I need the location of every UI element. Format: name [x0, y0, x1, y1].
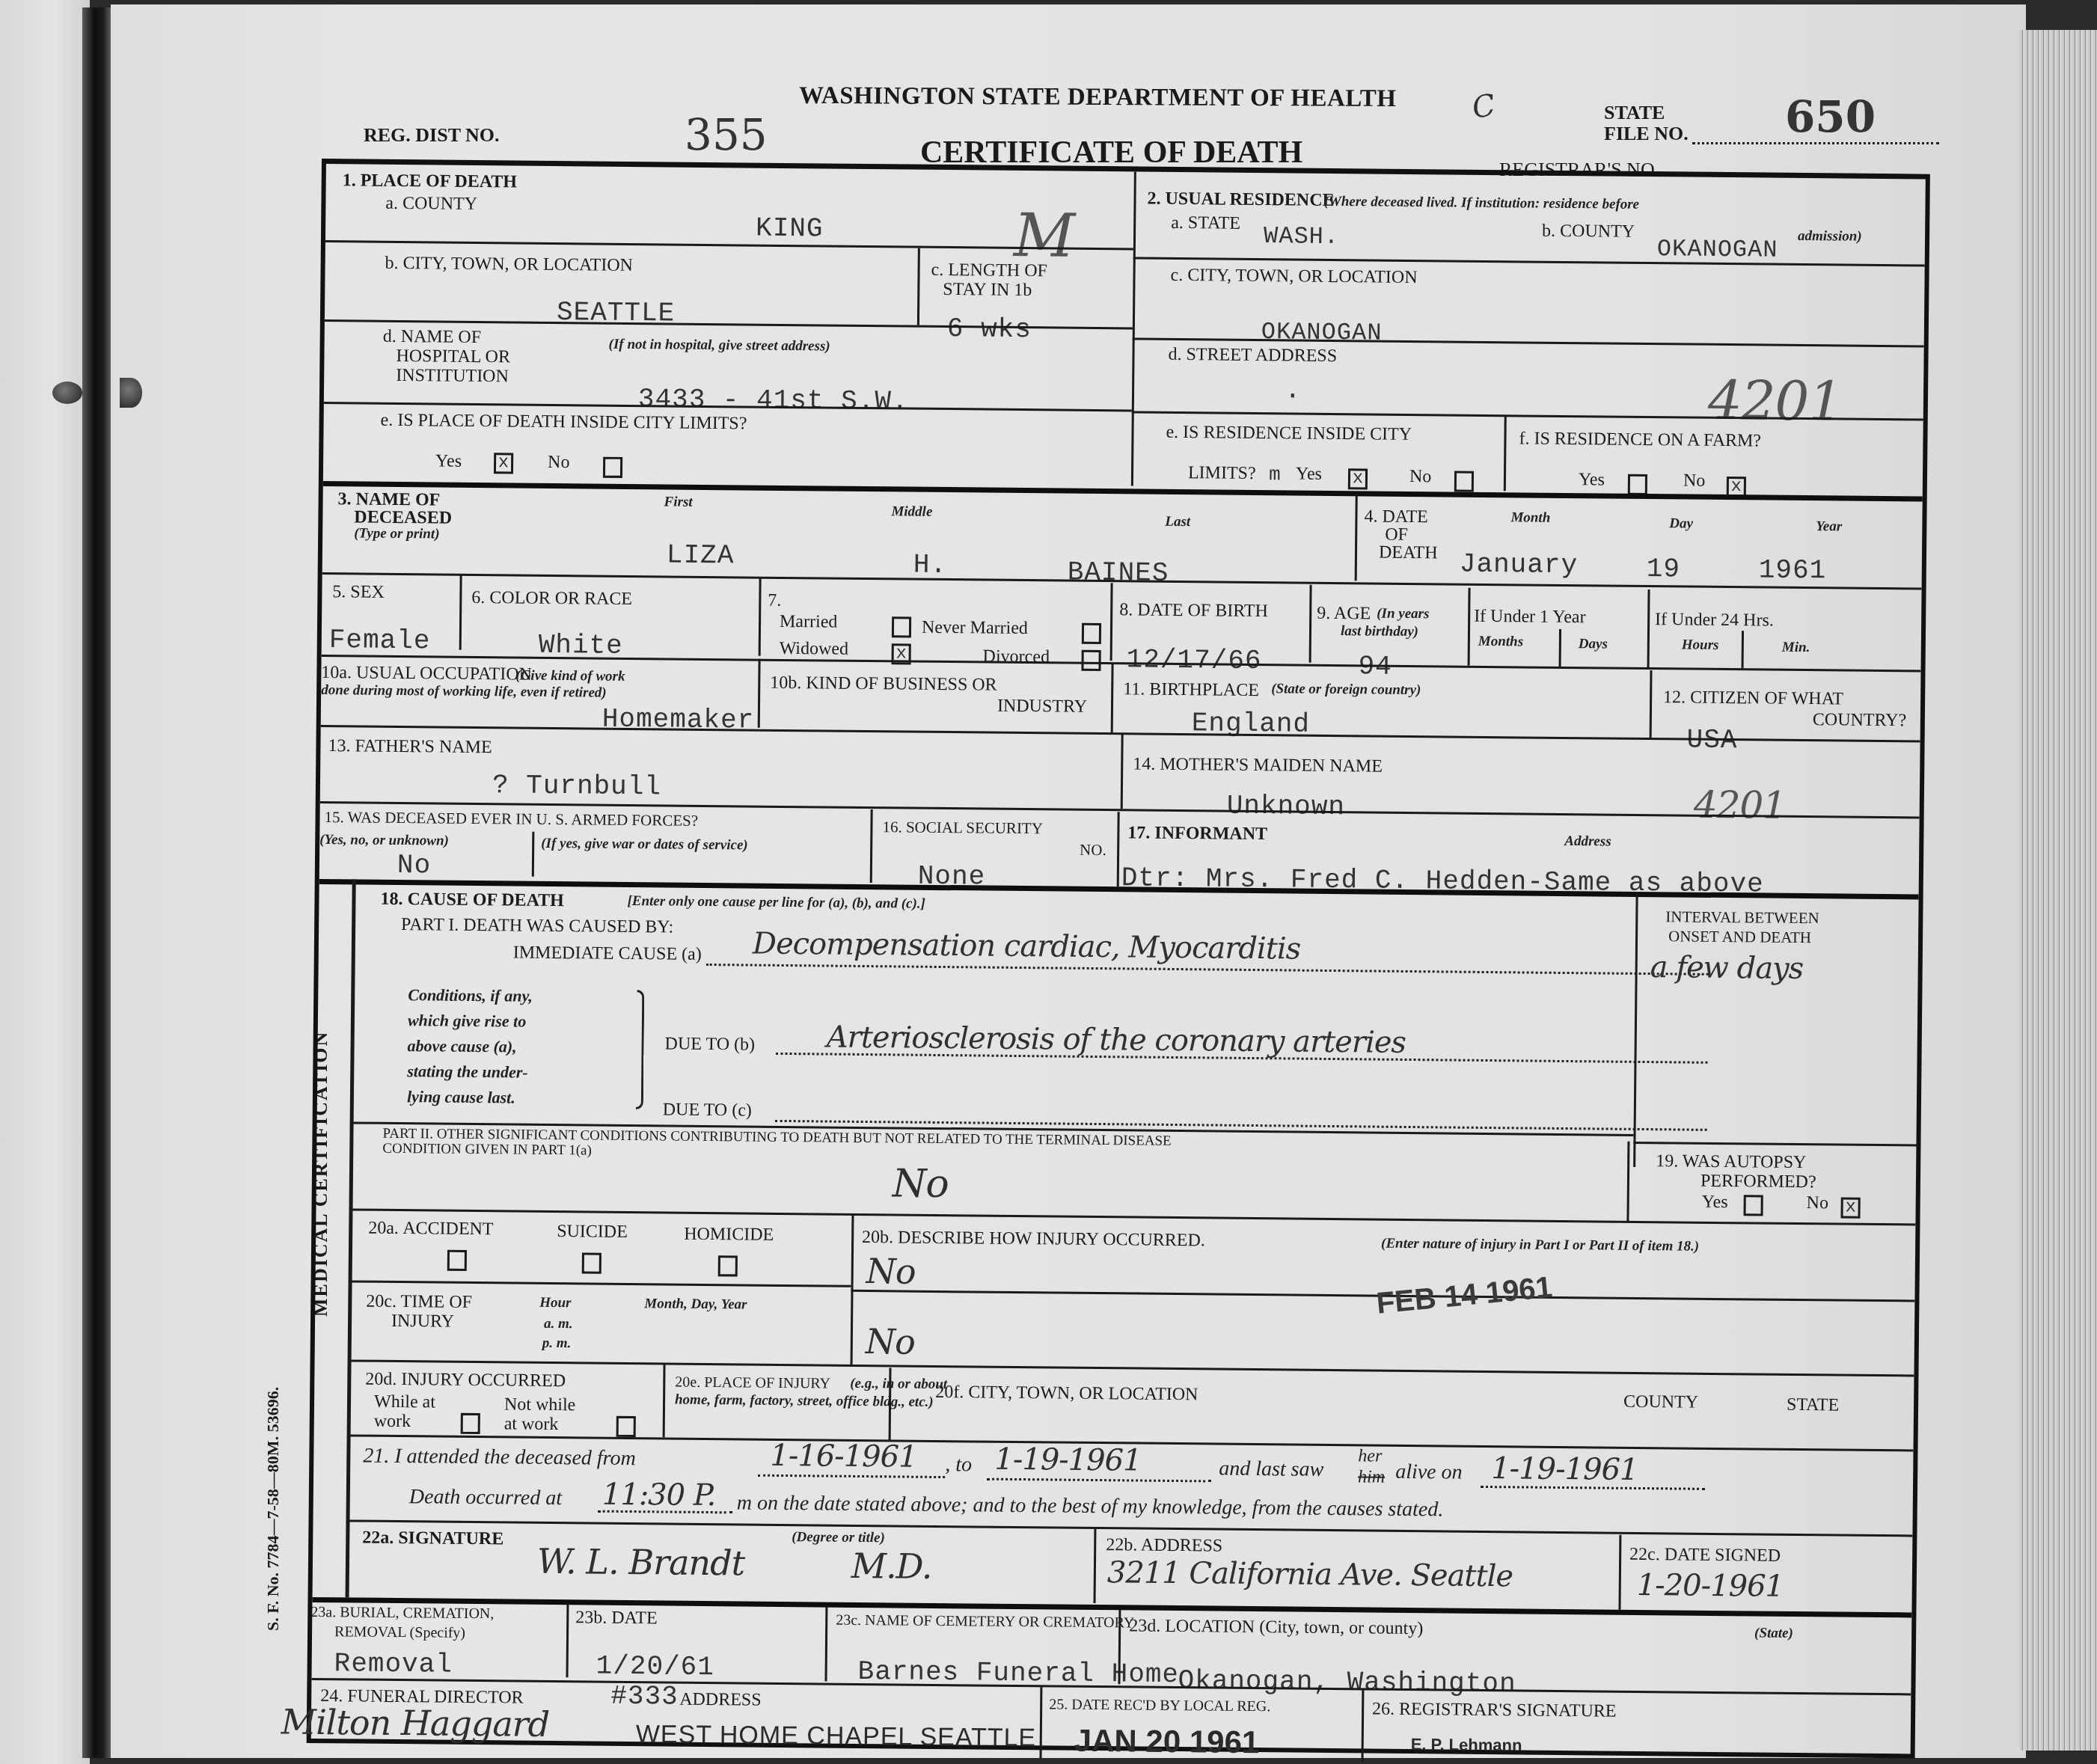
- registrar-signature-value[interactable]: E. P. Lehmann: [1411, 1735, 1522, 1755]
- date-of-death-label: 4. DATE: [1364, 507, 1428, 527]
- yes-label: Yes: [1296, 465, 1322, 485]
- year-label: Year: [1816, 519, 1842, 534]
- address-label: 22b. ADDRESS: [1106, 1536, 1222, 1556]
- farm-yes-checkbox[interactable]: [1628, 474, 1647, 495]
- occupation-label: 10a. USUAL OCCUPATION: [321, 664, 532, 685]
- divider: [532, 832, 535, 877]
- death-at-statement: m on the date stated above; and to the b…: [737, 1492, 1444, 1520]
- burial-label: 23a. BURIAL, CREMATION,: [310, 1605, 494, 1622]
- while-at-work-label-2: work: [374, 1412, 411, 1432]
- informant-label: 17. INFORMANT: [1127, 824, 1267, 844]
- married-checkbox[interactable]: [892, 616, 911, 637]
- page-edges: [2020, 30, 2097, 1751]
- res-state-label: a. STATE: [1171, 214, 1240, 233]
- while-at-work-checkbox[interactable]: [461, 1413, 480, 1434]
- due-to-b-value[interactable]: Arteriosclerosis of the coronary arterie…: [827, 1020, 1406, 1060]
- divider: [1559, 629, 1561, 667]
- department-title: WASHINGTON STATE DEPARTMENT OF HEALTH: [799, 82, 1397, 113]
- place-note-2: home, farm, factory, street, office bldg…: [675, 1393, 934, 1410]
- date-signed-value[interactable]: 1-20-1961: [1637, 1568, 1784, 1604]
- months-label: Months: [1478, 634, 1523, 650]
- divider: [870, 809, 873, 883]
- occupation-note-2: done during most of working life, even i…: [321, 683, 607, 701]
- accident-checkbox[interactable]: [447, 1250, 467, 1271]
- citizen-label-2: COUNTRY?: [1813, 711, 1907, 730]
- divider: [1468, 588, 1471, 666]
- first-name-value[interactable]: LIZA: [667, 539, 735, 571]
- suicide-label: SUICIDE: [557, 1222, 628, 1242]
- date-received-value[interactable]: JAN 20 1961: [1074, 1723, 1260, 1760]
- burial-date-value[interactable]: 1/20/61: [596, 1651, 714, 1683]
- autopsy-label-2: PERFORMED?: [1700, 1172, 1816, 1192]
- name-label: 3. NAME OF: [338, 490, 441, 509]
- occupation-note: (Give kind of work: [515, 669, 625, 685]
- conditions-note: lying cause last.: [407, 1088, 515, 1106]
- immediate-cause-label: IMMEDIATE CAUSE (a): [513, 944, 702, 965]
- res-street-value[interactable]: .: [1285, 375, 1302, 405]
- conditions-note: which give rise to: [408, 1011, 526, 1030]
- divider: [889, 1368, 892, 1441]
- under-1-year-label: If Under 1 Year: [1474, 607, 1586, 628]
- sex-value[interactable]: Female: [329, 625, 431, 656]
- father-label: 13. FATHER'S NAME: [328, 737, 492, 757]
- rule: [350, 1280, 851, 1287]
- city-label: b. CITY, TOWN, OR LOCATION: [385, 254, 634, 275]
- divider: [1361, 1689, 1364, 1761]
- mother-value[interactable]: Unknown: [1227, 791, 1346, 823]
- divider: [459, 575, 462, 650]
- hospital-label-3: INSTITUTION: [396, 367, 509, 387]
- divider: [824, 1607, 827, 1682]
- homicide-label: HOMICIDE: [684, 1225, 774, 1245]
- attended-label: 21. I attended the deceased from: [363, 1445, 636, 1470]
- rule: [1133, 257, 1925, 266]
- autopsy-label: 19. WAS AUTOPSY: [1656, 1152, 1806, 1172]
- cemetery-label: 23c. NAME OF CEMETERY OR CREMATORY: [836, 1613, 1134, 1632]
- him-label: him: [1358, 1468, 1385, 1487]
- business-label-2: INDUSTRY: [997, 697, 1087, 717]
- first-label: First: [664, 494, 693, 509]
- location-value[interactable]: Okanogan, Washington: [1178, 1665, 1516, 1699]
- rule: [325, 240, 1133, 250]
- alive-on-label: alive on: [1395, 1461, 1463, 1483]
- hospital-label: d. NAME OF: [383, 328, 482, 347]
- interval-value[interactable]: a few days: [1650, 950, 1803, 986]
- accident-label: ACCIDENT: [402, 1219, 494, 1239]
- reg-dist-number: 355: [685, 109, 768, 160]
- physician-signature[interactable]: W. L. Brandt: [537, 1541, 745, 1584]
- hospital-value[interactable]: 3433 - 41st S.W.: [638, 384, 909, 417]
- not-while-work-checkbox[interactable]: [616, 1416, 636, 1437]
- yes-label: Yes: [1702, 1193, 1728, 1213]
- due-to-b-label: DUE TO (b): [665, 1035, 756, 1054]
- death-county-value[interactable]: KING: [756, 213, 824, 245]
- funeral-address-label: ADDRESS: [679, 1691, 762, 1710]
- handwritten-number: 4201: [1708, 369, 1843, 433]
- name-note: (Type or print): [354, 526, 440, 542]
- res-city-value[interactable]: OKANOGAN: [1261, 318, 1383, 347]
- farm-label: f. IS RESIDENCE ON A FARM?: [1519, 429, 1761, 450]
- divider: [1650, 670, 1653, 739]
- divider: [1504, 416, 1507, 491]
- res-limits-label: LIMITS?: [1188, 464, 1256, 483]
- stay-value[interactable]: 6 wks: [947, 313, 1032, 345]
- divider: [566, 1602, 569, 1677]
- rule: [348, 1519, 1913, 1537]
- physician-degree[interactable]: M.D.: [851, 1546, 932, 1587]
- injury-city-label: 20f. CITY, TOWN, OR LOCATION: [935, 1383, 1198, 1405]
- divider: [1647, 589, 1650, 667]
- res-state-value[interactable]: WASH.: [1264, 222, 1339, 251]
- death-time-value[interactable]: 11:30 P.: [602, 1477, 716, 1513]
- received-stamp: FEB 14 1961: [1375, 1271, 1554, 1321]
- birthplace-note: (State or foreign country): [1271, 682, 1421, 698]
- margin-mark: M: [1014, 200, 1075, 271]
- min-label: Min.: [1782, 640, 1810, 655]
- funeral-address-value[interactable]: WEST HOME CHAPEL SEATTLE: [636, 1720, 1037, 1753]
- divider: [917, 248, 920, 325]
- injury-state-label: STATE: [1787, 1396, 1839, 1415]
- divorced-checkbox[interactable]: [1081, 650, 1100, 671]
- divider: [1117, 812, 1120, 886]
- date-of-death-label-2: OF: [1385, 526, 1408, 545]
- injury-desc-value[interactable]: No: [866, 1251, 915, 1292]
- age-note-2: last birthday): [1341, 624, 1418, 640]
- place-of-death-label: 1. PLACE OF DEATH: [343, 171, 518, 192]
- injury-occurred-label: 20d. INJURY OCCURRED: [365, 1371, 566, 1391]
- never-married-checkbox[interactable]: [1082, 623, 1101, 644]
- armed-forces-label: 15. WAS DECEASED EVER IN U. S. ARMED FOR…: [324, 809, 698, 829]
- death-at-label: Death occurred at: [409, 1486, 563, 1509]
- divider: [1121, 734, 1124, 809]
- marital-label: 7.: [768, 592, 781, 610]
- middle-name-value[interactable]: H.: [913, 550, 948, 581]
- state-file-label-2: FILE NO.: [1604, 123, 1689, 145]
- interval-label: INTERVAL BETWEEN: [1665, 908, 1819, 926]
- part2-value[interactable]: No: [893, 1161, 949, 1207]
- homicide-checkbox[interactable]: [718, 1255, 738, 1276]
- death-month-value[interactable]: January: [1460, 549, 1579, 581]
- due-to-c-label: DUE TO (c): [663, 1100, 752, 1120]
- conditions-note: stating the under-: [407, 1062, 528, 1081]
- divider: [1633, 892, 1638, 1167]
- last-saw-label: and last saw: [1219, 1458, 1323, 1481]
- burial-value[interactable]: Removal: [334, 1648, 453, 1680]
- hospital-label-2: HOSPITAL OR: [396, 347, 510, 367]
- interval-label-2: ONSET AND DEATH: [1668, 928, 1811, 946]
- place-note: (e.g., in or about: [850, 1376, 947, 1392]
- not-while-work-label-2: at work: [504, 1415, 559, 1434]
- mother-label: 14. MOTHER'S MAIDEN NAME: [1133, 755, 1383, 776]
- divider: [759, 578, 762, 656]
- armed-forces-value[interactable]: No: [397, 850, 432, 881]
- am-label: a. m.: [544, 1317, 573, 1332]
- death-year-value[interactable]: 1961: [1759, 554, 1827, 586]
- time-of-injury-label-2: INJURY: [391, 1312, 454, 1332]
- divider: [1094, 1528, 1097, 1603]
- divider: [1618, 1535, 1621, 1610]
- divider: [1626, 1142, 1629, 1222]
- age-label: 9. AGE: [1317, 604, 1371, 624]
- father-value[interactable]: ? Turnbull: [492, 770, 661, 802]
- middle-label: Middle: [891, 504, 932, 519]
- hours-label: Hours: [1682, 637, 1719, 652]
- residence-note-2: admission): [1798, 229, 1862, 245]
- funeral-director-signature[interactable]: Milton Haggard: [281, 1702, 550, 1745]
- no-label: No: [1683, 471, 1706, 490]
- her-label: her: [1358, 1447, 1382, 1466]
- immediate-cause-value[interactable]: Decompensation cardiac, Myocarditis: [753, 927, 1301, 967]
- divider: [758, 659, 761, 728]
- injury-desc-label: 20b. DESCRIBE HOW INJURY OCCURRED.: [862, 1228, 1205, 1251]
- res-county-label: b. COUNTY: [1542, 222, 1635, 242]
- res-street-label: d. STREET ADDRESS: [1168, 346, 1337, 366]
- divider: [1110, 583, 1113, 661]
- hospital-note: (If not in hospital, give street address…: [609, 337, 830, 355]
- usual-residence-label: 2. USUAL RESIDENCE: [1147, 190, 1334, 211]
- date-received-label: 25. DATE REC'D BY LOCAL REG.: [1049, 1697, 1270, 1715]
- widowed-label: Widowed: [780, 640, 849, 659]
- under-24-hrs-label: If Under 24 Hrs.: [1655, 610, 1774, 631]
- dotted-line: [758, 1474, 945, 1478]
- yes-label: Yes: [435, 452, 462, 471]
- divider: [1355, 494, 1358, 581]
- last-name-value[interactable]: BAINES: [1068, 557, 1169, 589]
- binding-hole-icon: [120, 378, 142, 408]
- divider: [1040, 1686, 1043, 1758]
- autopsy-yes-checkbox[interactable]: [1744, 1195, 1763, 1216]
- location-label: 23d. LOCATION (City, town, or county): [1129, 1617, 1423, 1638]
- county-label: a. COUNTY: [385, 195, 477, 214]
- degree-label: (Degree or title): [792, 1530, 885, 1546]
- funeral-director-number: #333: [610, 1681, 679, 1712]
- divorced-label: Divorced: [983, 648, 1050, 667]
- date-of-death-label-3: DEATH: [1379, 544, 1438, 563]
- signature-label: 22a. SIGNATURE: [362, 1529, 503, 1549]
- accident-prefix: 20a.: [368, 1219, 399, 1239]
- binding-hole-icon: [52, 382, 82, 404]
- death-day-value[interactable]: 19: [1647, 554, 1681, 584]
- dotted-line: [987, 1478, 1211, 1483]
- location-state-label: (State): [1754, 1626, 1793, 1641]
- days-label: Days: [1579, 637, 1608, 652]
- form-number: S. F. No. 7784—7-58—80M. 53696.: [263, 1387, 283, 1631]
- attended-to-label: , to: [945, 1454, 972, 1476]
- no-label: No: [1409, 468, 1432, 486]
- part1-label: PART I. DEATH WAS CAUSED BY:: [401, 916, 673, 937]
- divider: [1111, 664, 1114, 732]
- residence-note: (Where deceased lived. If institution: r…: [1323, 195, 1639, 212]
- date-signed-label: 22c. DATE SIGNED: [1629, 1546, 1781, 1566]
- registrar-signature-label: 26. REGISTRAR'S SIGNATURE: [1372, 1700, 1617, 1721]
- conditions-note: Conditions, if any,: [408, 986, 533, 1005]
- business-label: 10b. KIND OF BUSINESS OR: [770, 674, 997, 695]
- never-married-label: Never Married: [922, 619, 1028, 639]
- burial-label-2: REMOVAL (Specify): [334, 1624, 465, 1641]
- day-label: Day: [1669, 516, 1693, 531]
- suicide-checkbox[interactable]: [582, 1252, 601, 1273]
- armed-note-2: (If yes, give war or dates of service): [541, 836, 748, 854]
- injury-desc-value-2[interactable]: No: [866, 1321, 915, 1362]
- inside-city-yes-checkbox[interactable]: x: [494, 453, 513, 474]
- last-label: Last: [1165, 515, 1190, 530]
- part2-label-2: CONDITION GIVEN IN PART 1(a): [382, 1142, 592, 1159]
- file-no-dots: [1692, 142, 1939, 144]
- stay-label-2: STAY IN 1b: [943, 281, 1032, 300]
- sex-label: 5. SEX: [332, 583, 385, 602]
- time-of-injury-label: 20c. TIME OF: [366, 1293, 472, 1313]
- ssn-label: 16. SOCIAL SECURITY: [882, 818, 1043, 836]
- no-label: No: [548, 453, 570, 472]
- injury-county-label: COUNTY: [1623, 1393, 1698, 1412]
- res-county-value[interactable]: OKANOGAN: [1657, 235, 1778, 264]
- res-mark: m: [1269, 463, 1282, 486]
- res-inside-yes-checkbox[interactable]: x: [1348, 468, 1368, 489]
- physician-address[interactable]: 3211 California Ave. Seattle: [1107, 1555, 1513, 1593]
- attended-to-value[interactable]: 1-19-1961: [994, 1442, 1142, 1478]
- citizen-label: 12. CITIZEN OF WHAT: [1663, 688, 1843, 708]
- hour-label: Hour: [539, 1296, 571, 1311]
- dob-value[interactable]: 12/17/66: [1126, 644, 1261, 676]
- month-label: Month: [1510, 510, 1550, 525]
- res-city-label: c. CITY, TOWN, OR LOCATION: [1170, 266, 1417, 287]
- pm-label: p. m.: [542, 1336, 572, 1351]
- inside-city-label: e. IS PLACE OF DEATH INSIDE CITY LIMITS?: [381, 411, 747, 434]
- reg-dist-label: REG. DIST NO.: [364, 124, 500, 147]
- brace: [636, 990, 645, 1109]
- autopsy-no-checkbox[interactable]: x: [1840, 1198, 1860, 1219]
- conditions-note: above cause (a),: [408, 1037, 517, 1055]
- mdy-label: Month, Day, Year: [644, 1296, 747, 1312]
- burial-date-label: 23b. DATE: [575, 1608, 658, 1628]
- rule: [349, 1359, 1914, 1376]
- ssn-label-2: NO.: [1080, 842, 1106, 858]
- book-gutter: [82, 7, 112, 1758]
- attended-from-value[interactable]: 1-16-1961: [770, 1439, 917, 1474]
- married-label: Married: [780, 613, 838, 632]
- yes-label: Yes: [1579, 471, 1605, 490]
- facing-page: [0, 0, 90, 1764]
- divider: [1309, 585, 1312, 663]
- rule: [1633, 1142, 1917, 1147]
- armed-note: (Yes, no, or unknown): [319, 833, 449, 849]
- state-file-label: STATE: [1604, 102, 1665, 124]
- while-at-work-label: While at: [374, 1393, 435, 1412]
- race-label: 6. COLOR OR RACE: [471, 589, 632, 609]
- medical-border: [346, 879, 356, 1597]
- death-certificate-form: 1. PLACE OF DEATH a. COUNTY KING M b. CI…: [307, 159, 1930, 1759]
- injury-desc-note: (Enter nature of injury in Part I or Par…: [1381, 1237, 1699, 1255]
- cause-note: [Enter only one cause per line for (a), …: [627, 894, 925, 912]
- informant-address-label: Address: [1564, 834, 1611, 850]
- no-label: No: [1807, 1194, 1829, 1213]
- handwritten-number: 4201: [1694, 783, 1787, 827]
- res-inside-no-checkbox[interactable]: [1454, 471, 1474, 492]
- cause-of-death-label: 18. CAUSE OF DEATH: [380, 890, 564, 911]
- state-file-number: 650: [1785, 91, 1876, 142]
- divider: [1742, 631, 1744, 668]
- divider: [663, 1364, 666, 1437]
- inside-city-no-checkbox[interactable]: [603, 457, 622, 478]
- alive-on-value[interactable]: 1-19-1961: [1491, 1451, 1638, 1487]
- res-inside-city-label: e. IS RESIDENCE INSIDE CITY: [1166, 423, 1412, 444]
- stay-label: c. LENGTH OF: [931, 261, 1047, 281]
- dob-label: 8. DATE OF BIRTH: [1119, 601, 1268, 621]
- place-of-injury-label: 20e. PLACE OF INJURY: [675, 1375, 830, 1392]
- age-note: (In years: [1377, 607, 1429, 622]
- birthplace-label: 11. BIRTHPLACE: [1123, 680, 1259, 700]
- not-while-work-label: Not while: [504, 1395, 576, 1415]
